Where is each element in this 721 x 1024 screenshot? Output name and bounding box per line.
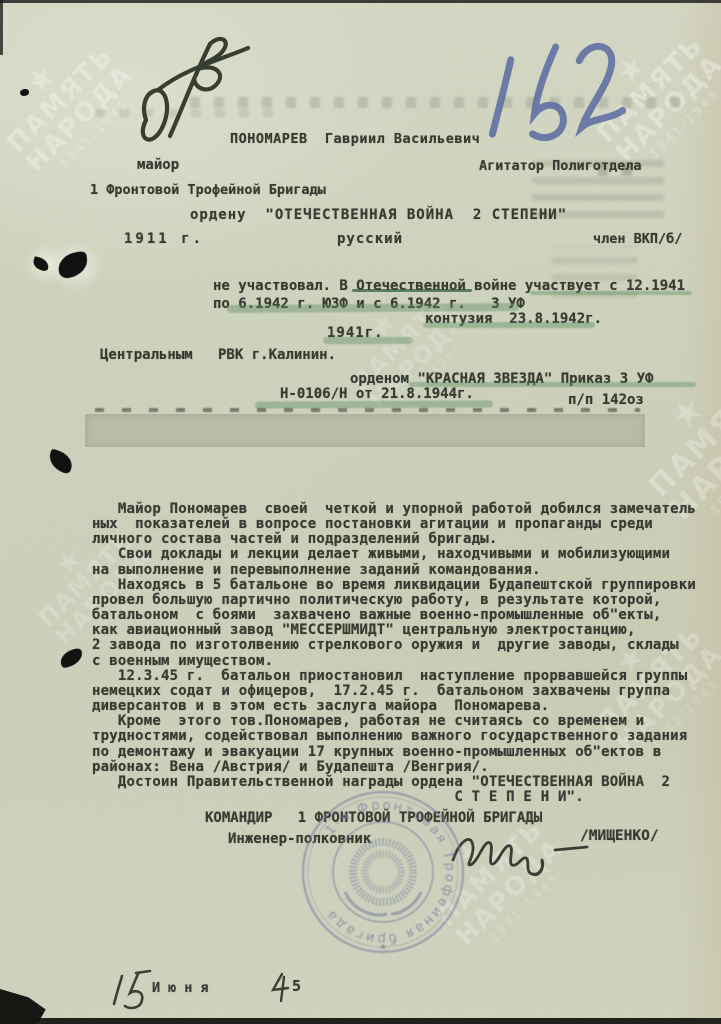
- handwritten-year-digit: [268, 970, 294, 1004]
- marker-underline: [323, 337, 413, 344]
- marker-underline: [530, 291, 692, 295]
- previous-award-2: Н-0106/Н от 21.8.1944г.: [280, 386, 474, 402]
- left-edge: [0, 0, 3, 55]
- paper-hole: [58, 647, 84, 668]
- citation-line: с военным имуществом.: [92, 654, 696, 669]
- awardee-name: ПОНОМАРЕВ Гавриил Васильевич: [230, 131, 480, 147]
- underline-mark: [352, 289, 472, 292]
- field-post-number: п/п 142оз: [568, 392, 644, 408]
- recommended-award: ордену "ОТЕЧЕСТВЕННАЯ ВОЙНА 2 СТЕПЕНИ": [190, 207, 567, 223]
- date-month: Июня: [152, 980, 217, 996]
- citation-paragraphs: Майор Пономарев своей четкой и упорной р…: [92, 502, 696, 805]
- citation-line: немецких содат и офицеров, 17.2.45 г. ба…: [92, 684, 696, 699]
- paper-hole: [20, 89, 29, 96]
- citation-line: по демонтажу и эвакуации 17 крупных воен…: [92, 745, 696, 760]
- birth-year: 1911 г.: [124, 231, 204, 247]
- nationality: русский: [337, 231, 403, 247]
- watermark-star-icon: ★: [0, 3, 111, 150]
- citation-line: как авиационный завод "МЕССЕРШМИДТ" цент…: [92, 623, 696, 638]
- citation-line: 2 завода по изготолвению стрелкового ору…: [92, 638, 696, 653]
- handwritten-day: [106, 966, 156, 1010]
- citation-line: 12.3.45 г. батальон приостановил наступл…: [92, 669, 696, 684]
- awardee-rank: майор: [137, 157, 179, 173]
- citation-line: трудностями, содействовал выполнению важ…: [92, 729, 696, 744]
- awardee-unit: 1 Фронтовой Трофейной Бригады: [90, 182, 326, 198]
- citation-line: Находясь в 5 батальоне во время ликвидац…: [92, 578, 696, 593]
- redaction-band: [85, 414, 645, 447]
- date-year-typed: 5: [292, 977, 301, 995]
- citation-line: Майор Пономарев своей четкой и упорной р…: [92, 502, 696, 517]
- citation-line: на выполнение и перевыполнение заданий к…: [92, 563, 696, 578]
- citation-line: батальоном с боями захвачено важные воен…: [92, 608, 696, 623]
- bottom-edge: [38, 1018, 721, 1024]
- unit-round-stamp: 1-я Фронтовая Трофейная бригада ★: [283, 772, 483, 972]
- awardee-position: Агитатор Полиготдела: [479, 158, 642, 174]
- cut-text-remnant: [95, 408, 640, 412]
- ov-ink-mark: [112, 28, 272, 143]
- citation-line: диверсантов и в этом есть заслуга майора…: [92, 699, 696, 714]
- paper-hole: [46, 448, 76, 474]
- registration-number-mark: [478, 28, 658, 148]
- svg-text:★: ★: [379, 939, 387, 954]
- citation-line: Свои доклады и лекции делает живыми, нах…: [92, 547, 696, 562]
- top-edge: [0, 0, 721, 3]
- party-membership: член ВКП/б/: [593, 231, 682, 247]
- marker-underline: [409, 382, 696, 387]
- marker-underline: [423, 322, 595, 328]
- award-document-scan: ★ПАМЯТЬНАРОДА1941-1945★ПАМЯТЬНАРОДА1941-…: [0, 0, 721, 1024]
- drafted-by: Центральным РВК г.Калинин.: [100, 347, 336, 363]
- citation-line: провел большую партично политическую раб…: [92, 593, 696, 608]
